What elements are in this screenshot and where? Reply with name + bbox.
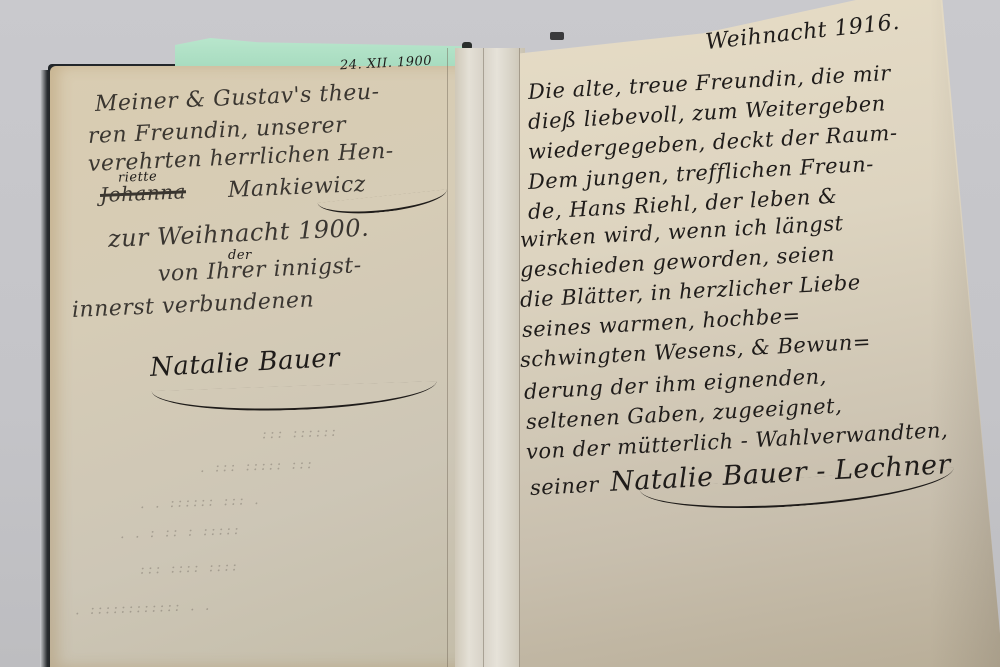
book-gutter <box>455 48 525 667</box>
gutter-fold-left <box>447 48 448 667</box>
page-clip <box>550 32 564 40</box>
show-through-text-1: ::: :::::: <box>262 424 339 443</box>
gutter-fold-mid <box>483 48 484 667</box>
left-struck-word: Johanna <box>99 179 186 207</box>
right-line-14: seiner <box>529 472 599 500</box>
right-page-shadow <box>930 0 1000 667</box>
book-photo: 24. XII. 1900 Meiner & Gustav's theu- re… <box>0 0 1000 667</box>
